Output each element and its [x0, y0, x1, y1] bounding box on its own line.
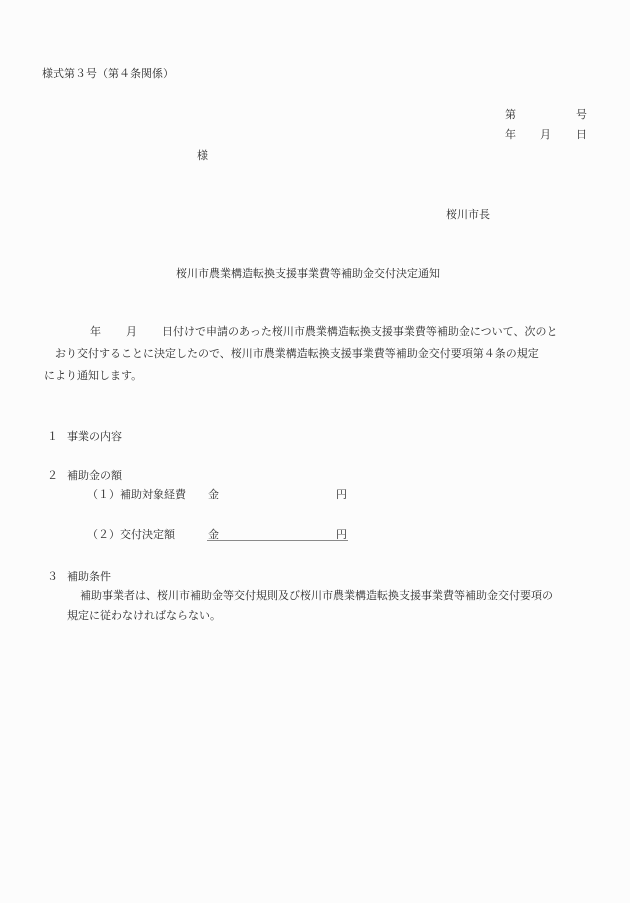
section-title: 補助金の額: [67, 470, 122, 481]
amount-underline: [207, 540, 348, 541]
body-month-label: 月: [126, 326, 137, 337]
section-number: ２: [47, 470, 58, 481]
eligible-expenses-label: （１）補助対象経費: [87, 489, 186, 500]
conditions-text-line-1: 補助事業者は、桜川市補助金等交付規則及び桜川市農業構造転換支援事業費等補助金交付…: [80, 590, 553, 601]
eligible-expenses-currency: 円: [336, 489, 347, 500]
section-number: １: [47, 431, 58, 442]
body-line-3: により通知します。: [44, 370, 142, 381]
document-number-prefix: 第: [505, 109, 516, 120]
sender-name: 桜川市長: [446, 209, 490, 220]
body-line-1: 日付けで申請のあった桜川市農業構造転換支援事業費等補助金について、次のと: [162, 326, 557, 337]
conditions-text-line-2: 規定に従わなければならない。: [67, 610, 221, 621]
section-title: 事業の内容: [67, 431, 122, 442]
eligible-expenses-prefix: 金: [208, 489, 219, 500]
body-line-2: おり交付することに決定したので、桜川市農業構造転換支援事業費等補助金交付要項第４…: [55, 348, 539, 359]
form-label: 様式第３号（第４条関係）: [42, 68, 174, 79]
date-day-label: 日: [576, 129, 587, 140]
document-number-suffix: 号: [576, 109, 587, 120]
grant-decision-amount-currency: 円: [336, 529, 347, 540]
document-title: 桜川市農業構造転換支援事業費等補助金交付決定通知: [176, 268, 440, 279]
section-title: 補助条件: [67, 571, 111, 582]
grant-decision-amount-label: （２）交付決定額: [87, 529, 175, 540]
body-year-label: 年: [90, 326, 101, 337]
recipient-honorific: 様: [197, 150, 208, 161]
date-year-label: 年: [505, 129, 516, 140]
grant-decision-amount-prefix: 金: [208, 529, 219, 540]
section-number: ３: [47, 571, 58, 582]
date-month-label: 月: [540, 129, 551, 140]
